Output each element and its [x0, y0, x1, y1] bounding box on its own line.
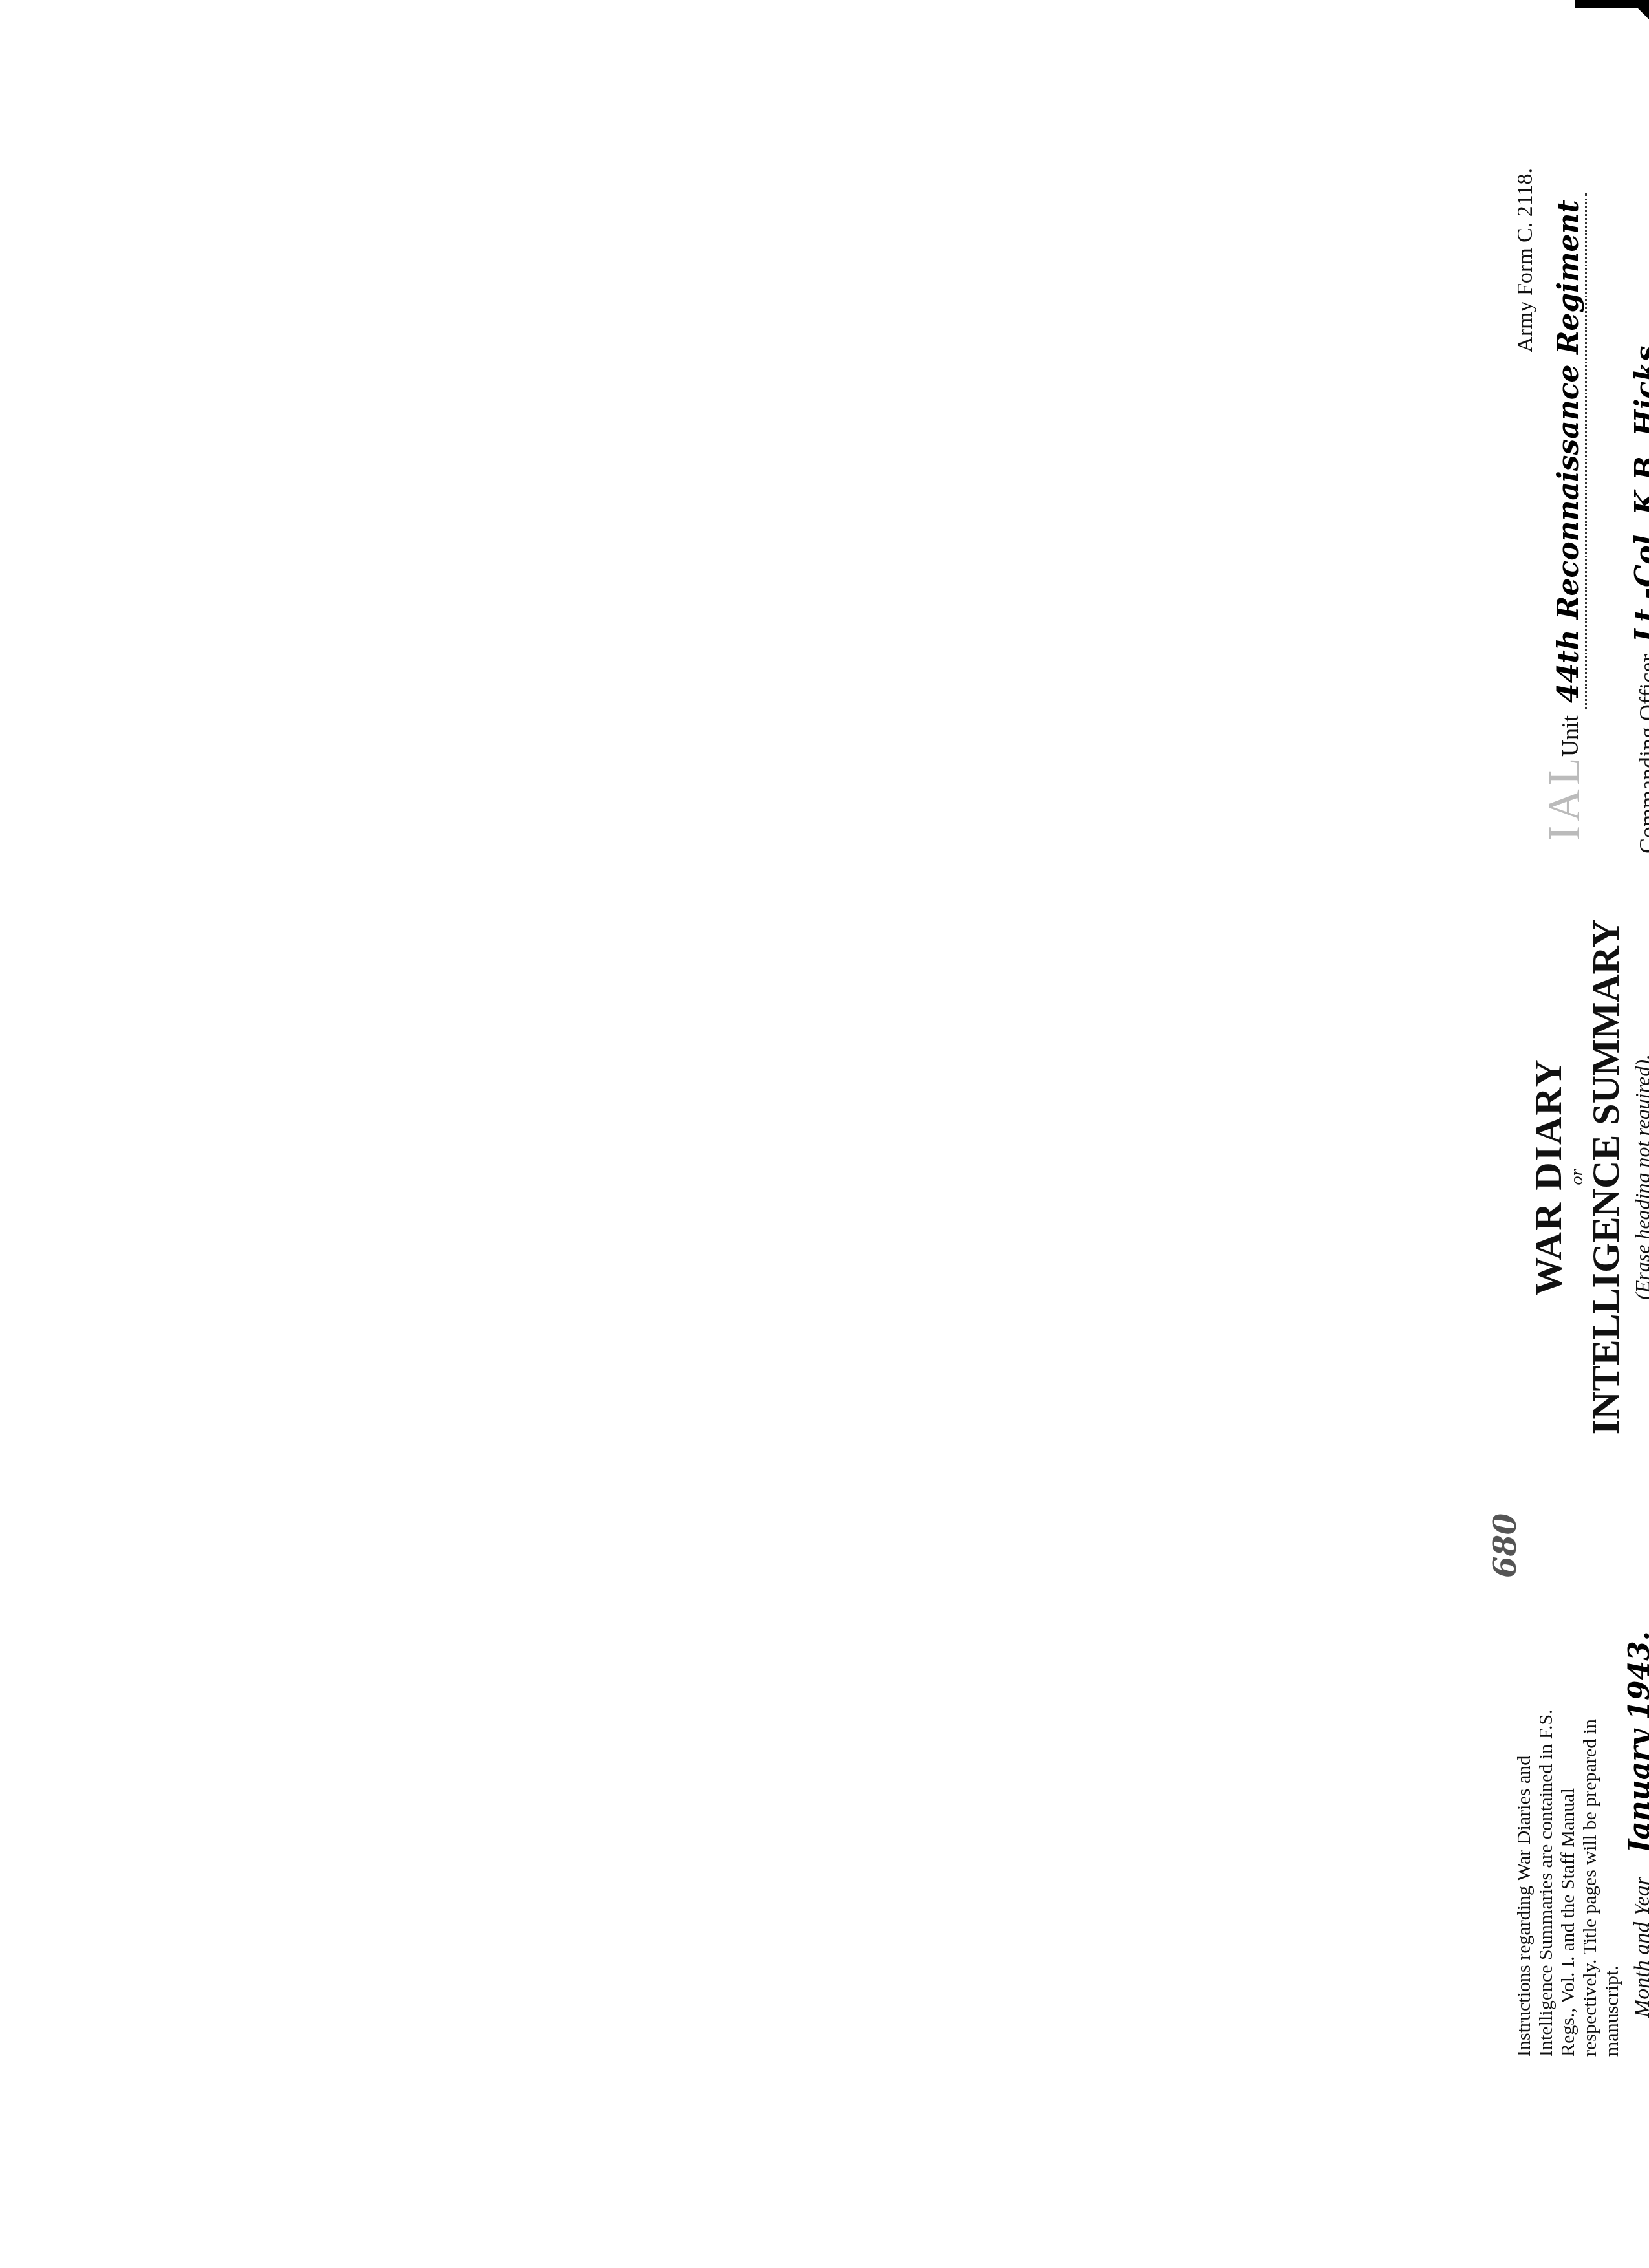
unit-row: Unit 44th Reconnaissance Regiment: [1552, 193, 1587, 757]
title-block: WAR DIARY or INTELLIGENCE SUMMARY (Erase…: [1526, 918, 1649, 1436]
form-number: Army Form C. 2118.: [1513, 168, 1538, 352]
commanding-officer-label: Commanding Officer: [1635, 654, 1649, 854]
faded-stamp: IAL: [1539, 753, 1591, 841]
scan-edge-tab: [1575, 0, 1649, 8]
commanding-officer-value: Lt.-Col. K.B. Hicks.: [1630, 248, 1649, 649]
commanding-officer-row: Commanding Officer Lt.-Col. K.B. Hicks.: [1630, 248, 1649, 854]
unit-value: 44th Reconnaissance Regiment: [1552, 193, 1587, 709]
title-note: (Erase heading not required).: [1631, 918, 1649, 1436]
month-year-row: Month and Year January 1943.: [1623, 1618, 1649, 2018]
page-subtitle: INTELLIGENCE SUMMARY: [1584, 918, 1628, 1436]
month-year-value: January 1943.: [1623, 1618, 1649, 1866]
war-diary-form: Instructions regarding War Diaries and I…: [1500, 142, 1649, 2082]
month-year-label: Month and Year: [1630, 1877, 1649, 2018]
page-title: WAR DIARY: [1526, 918, 1571, 1436]
unit-label: Unit: [1557, 715, 1583, 757]
folio-annotation: 680: [1487, 1513, 1524, 1578]
instructions-text: Instructions regarding War Diaries and I…: [1513, 1694, 1623, 2057]
